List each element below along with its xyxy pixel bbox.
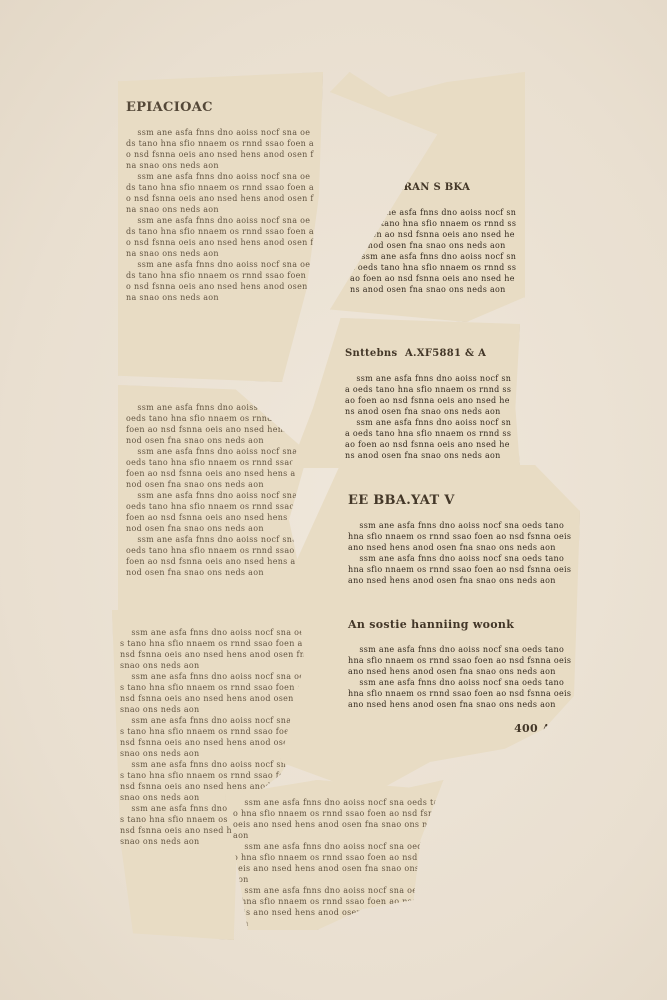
- headline: Snttebns A.XF5881 & A: [345, 346, 512, 362]
- article-text: EPIACIOAC ssm ane asfa fnns dno aoiss no…: [118, 72, 323, 382]
- headline: EE BBA.YAT V: [348, 493, 572, 509]
- headline: EPIACIOAC: [126, 100, 315, 116]
- headline: An sostie hanniing woonk: [348, 617, 572, 633]
- newspaper-piece-top-left: EPIACIOAC ssm ane asfa fnns dno aoiss no…: [118, 72, 323, 382]
